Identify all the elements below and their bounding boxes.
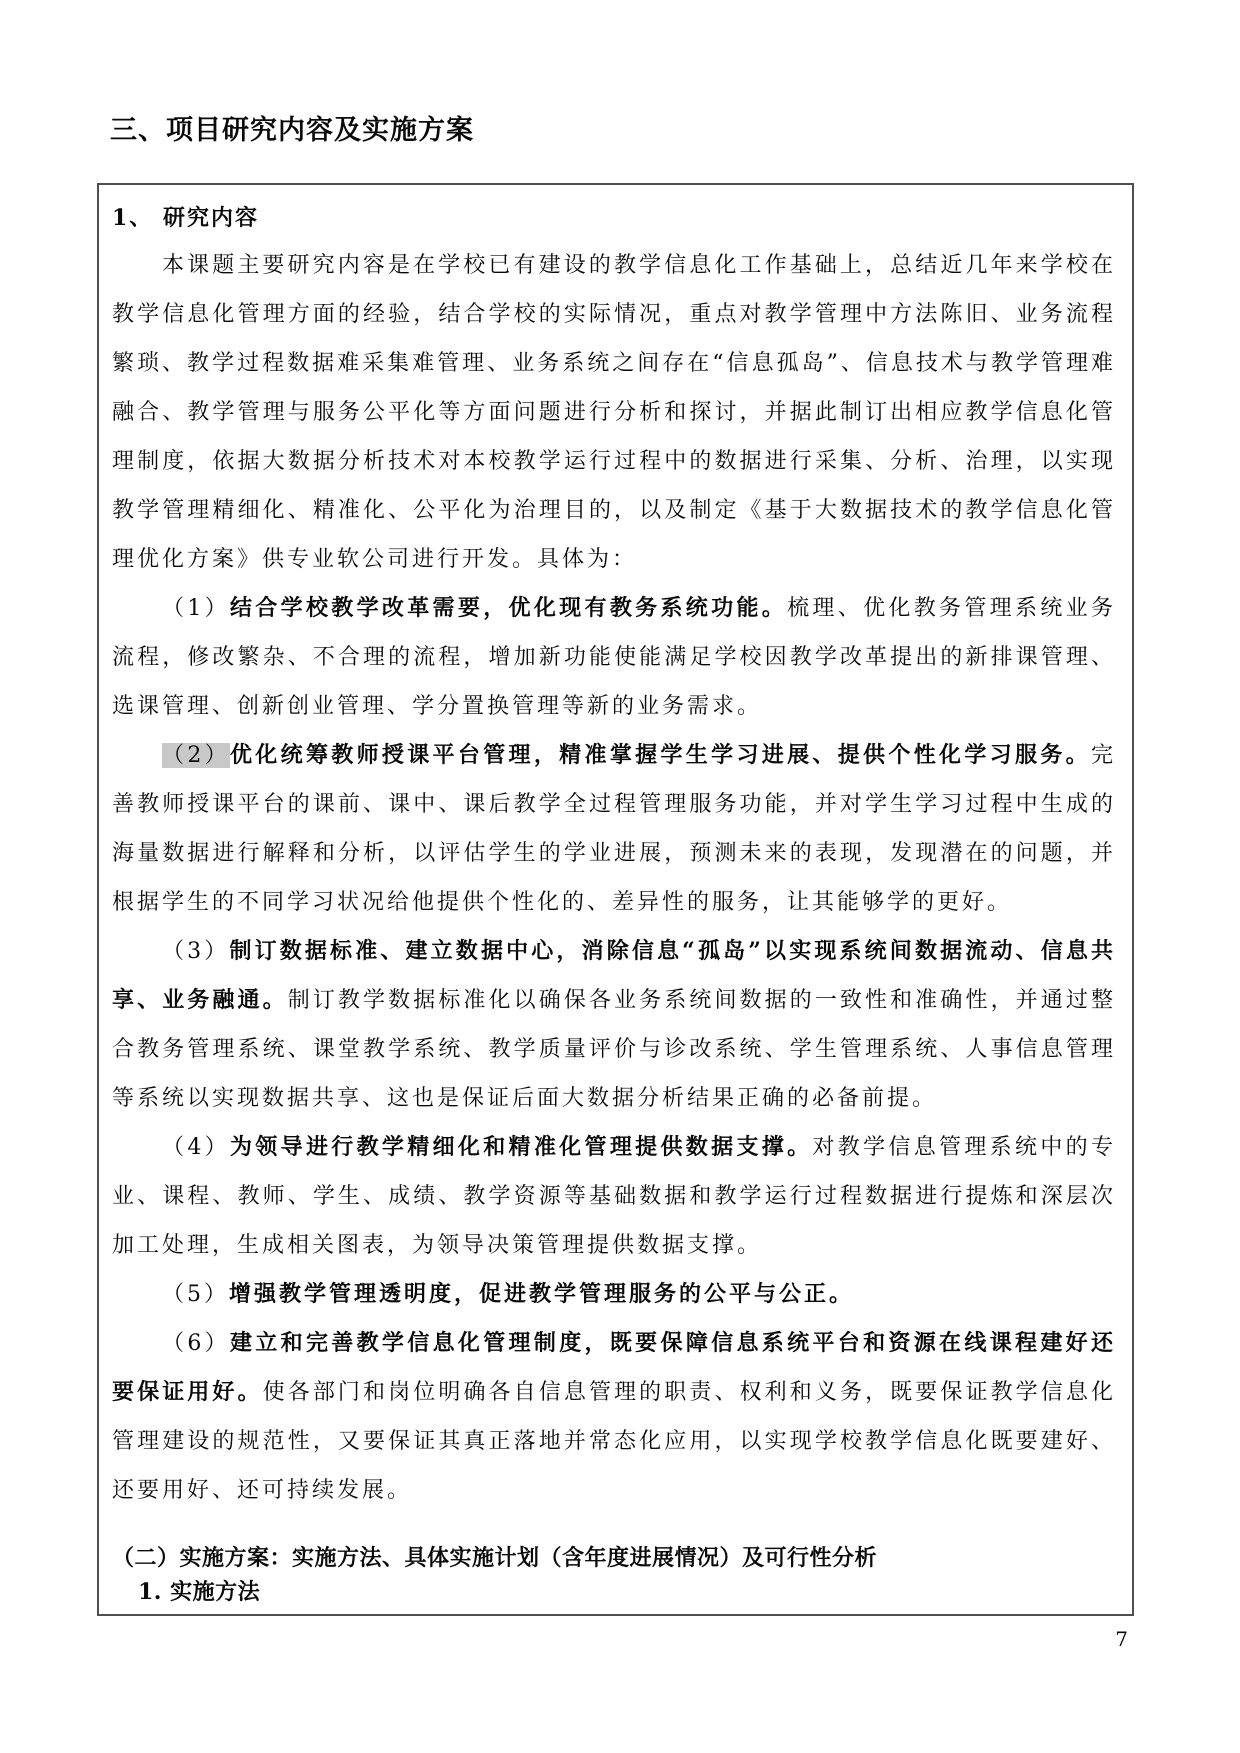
item-bold-lead: 结合学校教学改革需要，优化现有教务系统功能。 — [230, 595, 787, 621]
page-title: 三、项目研究内容及实施方案 — [0, 0, 1240, 156]
item-body-text: 完善教师授课平台的课前、课中、课后教学全过程管理服务功能，并对学生学习过程中生成… — [112, 743, 1116, 915]
research-item: （3）制订数据标准、建立数据中心，消除信息“孤岛”以实现系统间数据流动、信息共享… — [112, 927, 1116, 1123]
intro-paragraph: 本课题主要研究内容是在学校已有建设的教学信息化工作基础上，总结近几年来学校在教学… — [112, 241, 1116, 584]
research-item: （2）优化统筹教师授课平台管理，精准掌握学生学习进展、提供个性化学习服务。完善教… — [112, 731, 1116, 927]
content-box: 1、 研究内容 本课题主要研究内容是在学校已有建设的教学信息化工作基础上，总结近… — [97, 183, 1134, 1616]
research-item: （4）为领导进行教学精细化和精准化管理提供数据支撑。对教学信息管理系统中的专业、… — [112, 1123, 1116, 1270]
implementation-subsection: （二）实施方案：实施方法、具体实施计划（含年度进展情况）及可行性分析 1. 实施… — [112, 1541, 1116, 1609]
item-bold-lead: 增强教学管理透明度，促进教学管理服务的公平与公正。 — [229, 1281, 854, 1307]
subsection-method: 1. 实施方法 — [112, 1575, 1116, 1609]
item-number: （5） — [162, 1282, 229, 1307]
item-number: （4） — [162, 1135, 230, 1160]
item-number: （3） — [162, 939, 229, 964]
section-heading: 1、 研究内容 — [112, 199, 1116, 237]
research-item: （5）增强教学管理透明度，促进教学管理服务的公平与公正。 — [112, 1270, 1116, 1319]
item-bold-lead: 为领导进行教学精细化和精准化管理提供数据支撑。 — [230, 1134, 812, 1160]
item-number: （2） — [162, 743, 230, 768]
item-body-text: 使各部门和岗位明确各自信息管理的职责、权利和义务，既要保证教学信息化管理建设的规… — [112, 1380, 1116, 1503]
subsection-title: （二）实施方案：实施方法、具体实施计划（含年度进展情况）及可行性分析 — [112, 1541, 1116, 1575]
item-bold-lead: 优化统筹教师授课平台管理，精准掌握学生学习进展、提供个性化学习服务。 — [230, 742, 1091, 768]
research-item: （1）结合学校教学改革需要，优化现有教务系统功能。梳理、优化教务管理系统业务流程… — [112, 584, 1116, 731]
item-number: （6） — [162, 1331, 230, 1356]
page-number: 7 — [1115, 1627, 1128, 1651]
item-number: （1） — [162, 596, 230, 621]
research-item: （6）建立和完善教学信息化管理制度，既要保障信息系统平台和资源在线课程建好还要保… — [112, 1319, 1116, 1515]
